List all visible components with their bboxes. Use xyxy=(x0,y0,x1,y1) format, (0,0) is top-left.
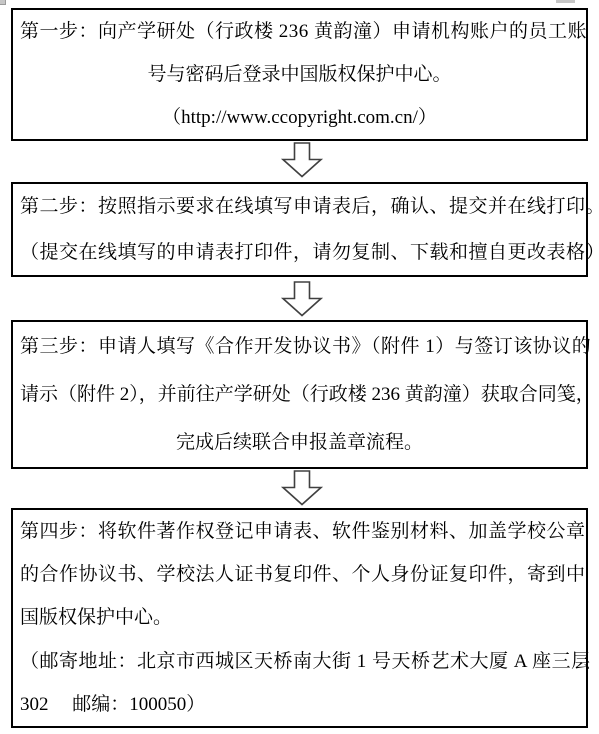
down-arrow-icon xyxy=(280,142,324,178)
step-2-line-2: （提交在线填写的申请表打印件，请勿复制、下载和擅自更改表格） xyxy=(13,243,586,262)
step-4-line-3: 国版权保护中心。 xyxy=(13,608,586,627)
flowchart-canvas: 第一步：向产学研处（行政楼 236 黄韵潼）申请机构账户的员工账 号与密码后登录… xyxy=(0,0,599,734)
step-1-box: 第一步：向产学研处（行政楼 236 黄韵潼）申请机构账户的员工账 号与密码后登录… xyxy=(11,8,588,141)
step-3-line-2: 请示（附件 2），并前往产学研处（行政楼 236 黄韵潼）获取合同笺， xyxy=(13,385,586,404)
step-2-box: 第二步：按照指示要求在线填写申请表后，确认、提交并在线打印。 （提交在线填写的申… xyxy=(11,182,588,277)
step-3-line-3: 完成后续联合申报盖章流程。 xyxy=(13,433,586,452)
step-3-box: 第三步：申请人填写《合作开发协议书》（附件 1）与签订该协议的 请示（附件 2）… xyxy=(11,320,588,469)
step-3-line-1: 第三步：申请人填写《合作开发协议书》（附件 1）与签订该协议的 xyxy=(13,337,586,356)
step-1-url: （http://www.ccopyright.com.cn/） xyxy=(13,108,586,127)
down-arrow-icon xyxy=(280,281,324,317)
canvas-corner-handle-right xyxy=(556,0,575,3)
step-4-line-2: 的合作协议书、学校法人证书复印件、个人身份证复印件，寄到中 xyxy=(13,565,586,584)
step-1-line-2: 号与密码后登录中国版权保护中心。 xyxy=(13,65,586,84)
step-4-box: 第四步：将软件著作权登记申请表、软件鉴别材料、加盖学校公章 的合作协议书、学校法… xyxy=(11,508,588,728)
step-4-line-1: 第四步：将软件著作权登记申请表、软件鉴别材料、加盖学校公章 xyxy=(13,522,586,541)
step-4-postcode: 302 邮编：100050） xyxy=(13,695,586,714)
canvas-corner-handle-left xyxy=(0,0,6,5)
step-1-line-1: 第一步：向产学研处（行政楼 236 黄韵潼）申请机构账户的员工账 xyxy=(13,22,586,41)
down-arrow-icon xyxy=(280,470,324,506)
step-4-address: （邮寄地址：北京市西城区天桥南大街 1 号天桥艺术大厦 A 座三层 xyxy=(13,652,586,671)
step-2-line-1: 第二步：按照指示要求在线填写申请表后，确认、提交并在线打印。 xyxy=(13,197,586,216)
